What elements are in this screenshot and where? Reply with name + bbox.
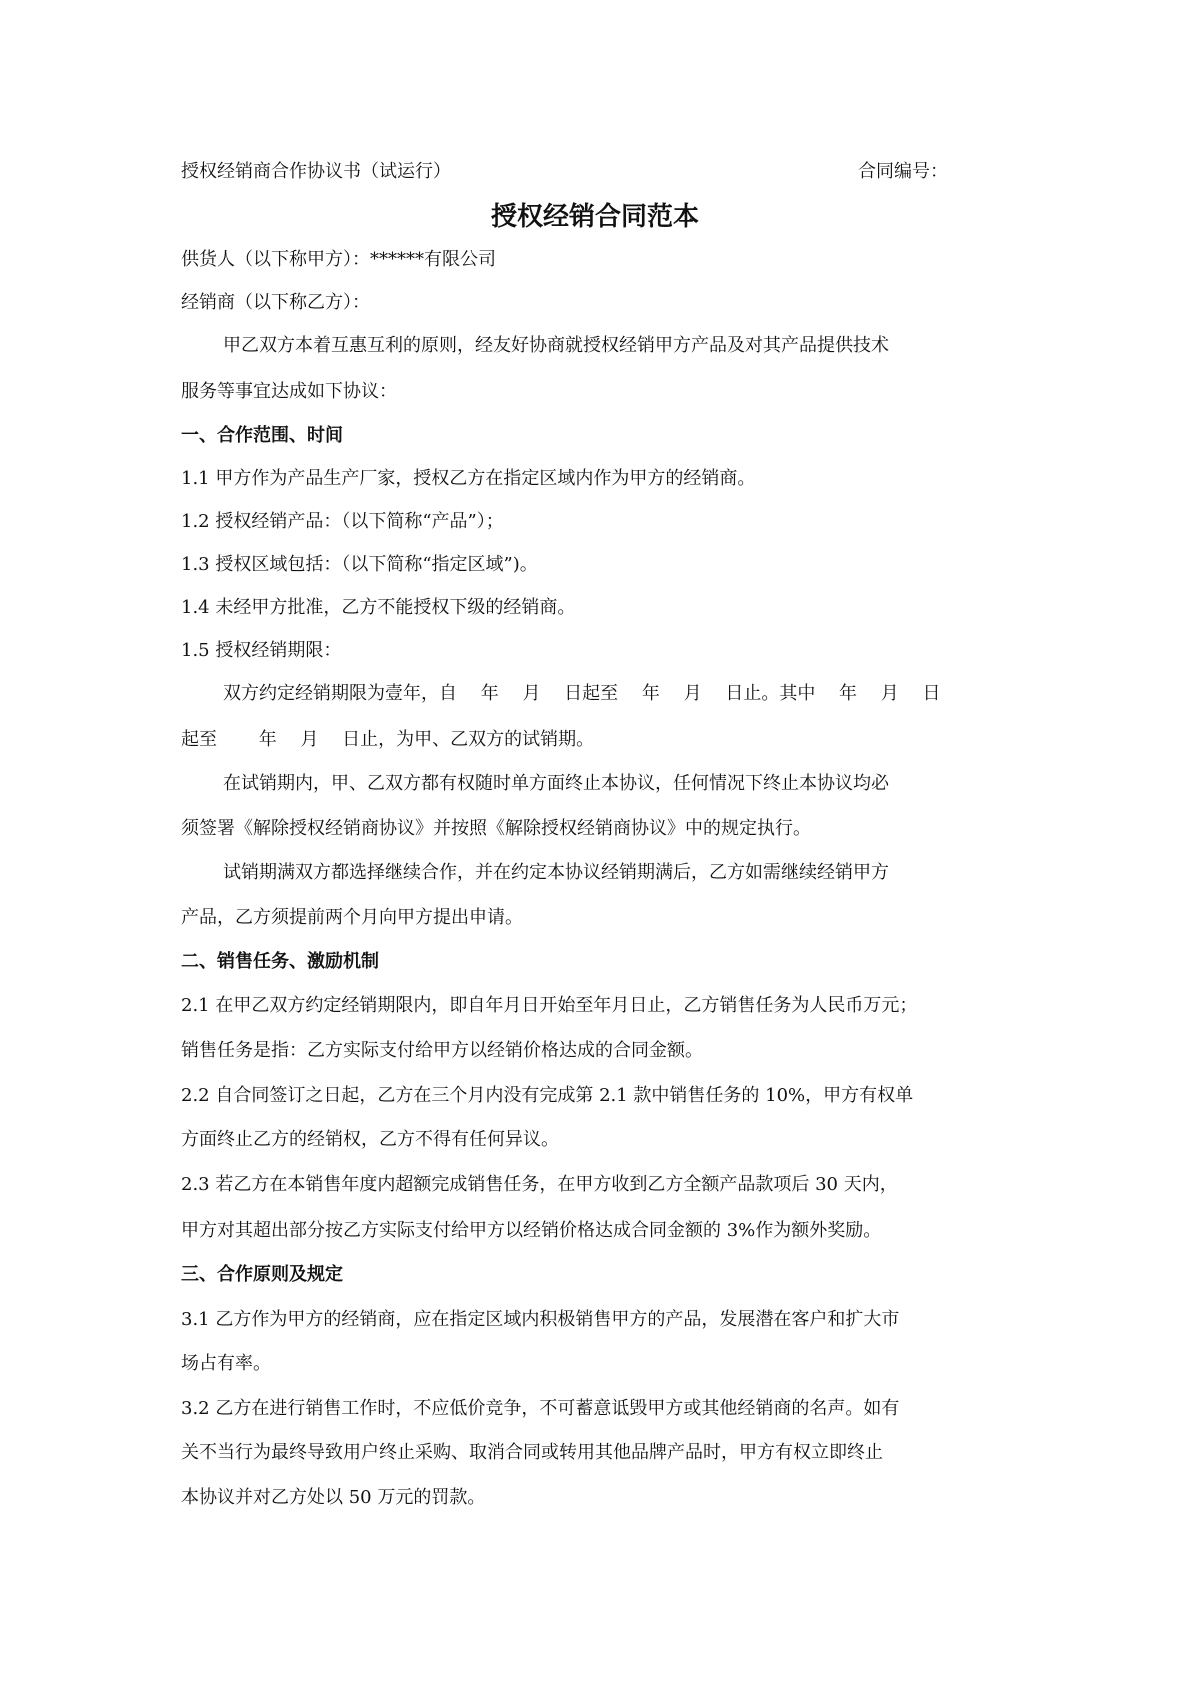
- clause-1-4: 1.4 未经甲方批准，乙方不能授权下级的经销商。: [181, 596, 575, 620]
- clause-2-1-line-1: 2.1 在甲乙双方约定经销期限内，即自年月日开始至年月日止，乙方销售任务为人民币…: [181, 994, 917, 1018]
- clause-1-2: 1.2 授权经销产品：（以下简称“产品”）；: [181, 510, 504, 534]
- clause-3-2-line-1: 3.2 乙方在进行销售工作时，不应低价竞争，不可蓄意诋毁甲方或其他经销商的名声。…: [181, 1397, 899, 1421]
- section-2-heading: 二、销售任务、激励机制: [181, 950, 379, 974]
- document-title: 授权经销合同范本: [0, 201, 1190, 233]
- clause-3-2-line-3: 本协议并对乙方处以 50 万元的罚款。: [181, 1486, 485, 1510]
- clause-2-3-line-2: 甲方对其超出部分按乙方实际支付给甲方以经销价格达成合同金额的 3%作为额外奖励。: [181, 1219, 881, 1243]
- section-1-heading: 一、合作范围、时间: [181, 424, 343, 448]
- trial-line-2: 须签署《解除授权经销商协议》并按照《解除授权经销商协议》中的规定执行。: [181, 817, 811, 841]
- clause-1-1: 1.1 甲方作为产品生产厂家，授权乙方在指定区域内作为甲方的经销商。: [181, 467, 755, 491]
- preamble-line-2: 服务等事宜达成如下协议：: [181, 380, 397, 404]
- clause-3-1-line-1: 3.1 乙方作为甲方的经销商，应在指定区域内积极销售甲方的产品，发展潜在客户和扩…: [181, 1308, 899, 1332]
- clause-2-3-line-1: 2.3 若乙方在本销售年度内超额完成销售任务，在甲方收到乙方全额产品款项后 30…: [181, 1173, 898, 1197]
- clause-2-2-line-2: 方面终止乙方的经销权，乙方不得有任何异议。: [181, 1128, 559, 1152]
- renewal-line-1: 试销期满双方都选择继续合作，并在约定本协议经销期满后，乙方如需继续经销甲方: [223, 861, 889, 885]
- document-label: 授权经销商合作协议书（试运行）: [181, 160, 451, 184]
- trial-line-1: 在试销期内，甲、乙双方都有权随时单方面终止本协议，任何情况下终止本协议均必: [223, 772, 889, 796]
- term-line-2: 起至 年 月 日止，为甲、乙双方的试销期。: [181, 728, 594, 752]
- clause-2-2-line-1: 2.2 自合同签订之日起，乙方在三个月内没有完成第 2.1 款中销售任务的 10…: [181, 1084, 913, 1108]
- section-3-heading: 三、合作原则及规定: [181, 1263, 343, 1287]
- clause-3-2-line-2: 关不当行为最终导致用户终止采购、取消合同或转用其他品牌产品时，甲方有权立即终止: [181, 1441, 883, 1465]
- document-page: 授权经销商合作协议书（试运行） 合同编号： 授权经销合同范本 供货人（以下称甲方…: [0, 0, 1190, 1683]
- distributor-line: 经销商（以下称乙方）：: [181, 291, 370, 315]
- preamble-line-1: 甲乙双方本着互惠互利的原则，经友好协商就授权经销甲方产品及对其产品提供技术: [223, 334, 889, 358]
- renewal-line-2: 产品，乙方须提前两个月向甲方提出申请。: [181, 906, 523, 930]
- contract-number-label: 合同编号：: [858, 160, 948, 184]
- clause-3-1-line-2: 场占有率。: [181, 1352, 271, 1376]
- supplier-line: 供货人（以下称甲方）：******有限公司: [181, 248, 496, 272]
- clause-1-3: 1.3 授权区域包括：（以下简称“指定区域”)。: [181, 553, 538, 577]
- term-line-1: 双方约定经销期限为壹年，自 年 月 日起至 年 月 日止。其中 年 月 日: [223, 682, 941, 706]
- clause-2-1-line-2: 销售任务是指：乙方实际支付给甲方以经销价格达成的合同金额。: [181, 1039, 703, 1063]
- clause-1-5: 1.5 授权经销期限：: [181, 639, 341, 663]
